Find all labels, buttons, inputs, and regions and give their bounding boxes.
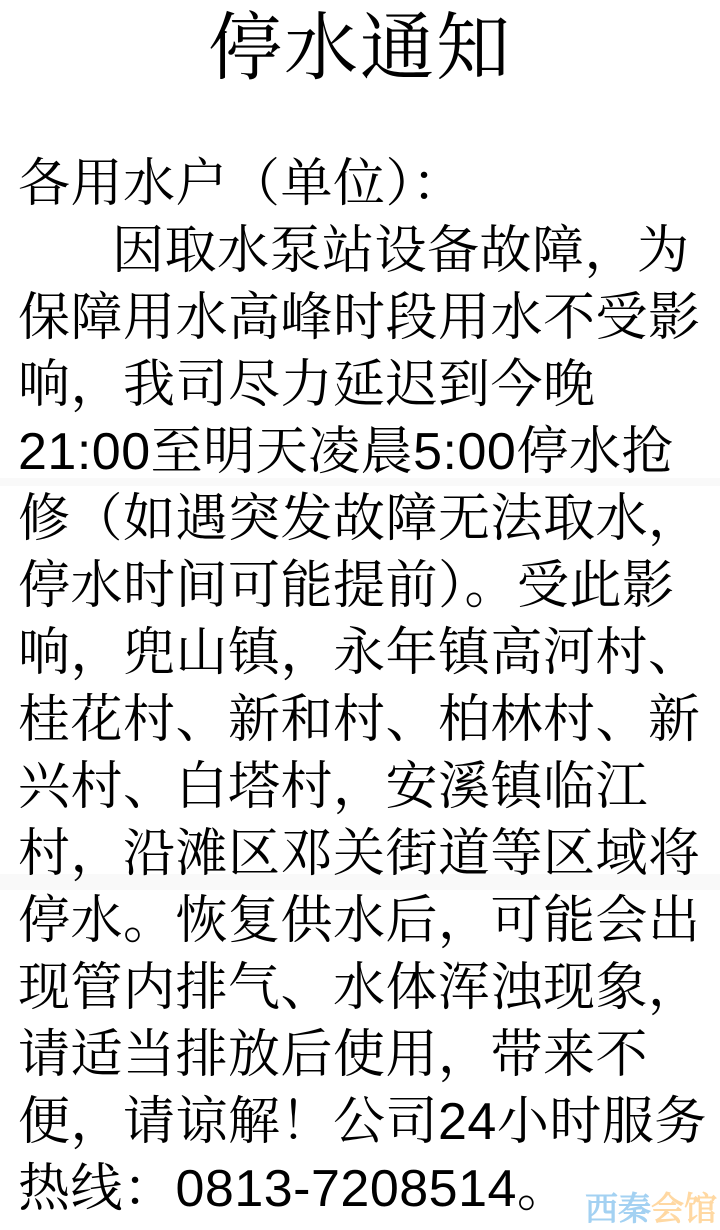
notice-title: 停水通知 [0, 0, 720, 96]
notice-line: 修（如遇突发故障无法取水， [18, 486, 702, 553]
notice-line: 现管内排气、水体浑浊现象， [18, 955, 702, 1022]
notice-line: 响，我司尽力延迟到今晚 [18, 352, 702, 419]
notice-line: 桂花村、新和村、柏林村、新 [18, 687, 702, 754]
notice-line: 停水时间可能提前）。受此影 [18, 553, 702, 620]
notice-line: 兴村、白塔村，安溪镇临江 [18, 754, 702, 821]
notice-line: 保障用水高峰时段用水不受影 [18, 285, 702, 352]
watermark: 西秦会馆 [585, 1191, 717, 1227]
notice-body: 各用水户（单位）： 因取水泵站设备故障，为 保障用水高峰时段用水不受影 响，我司… [18, 151, 702, 1223]
notice-line: 停水。恢复供水后，可能会出 [18, 888, 702, 955]
notice-line: 21:00至明天凌晨5:00停水抢 [18, 419, 702, 486]
notice-line: 村，沿滩区邓关街道等区域将 [18, 821, 702, 888]
notice-line: 便，请谅解！公司24小时服务 [18, 1089, 702, 1156]
watermark-text-secondary: 会馆 [651, 1190, 717, 1227]
notice-line: 因取水泵站设备故障，为 [18, 218, 702, 285]
notice-page: 停水通知 各用水户（单位）： 因取水泵站设备故障，为 保障用水高峰时段用水不受影… [0, 0, 720, 1230]
notice-line: 响，兜山镇，永年镇高河村、 [18, 620, 702, 687]
notice-line: 请适当排放后使用，带来不 [18, 1022, 702, 1089]
watermark-text-primary: 西秦 [585, 1190, 651, 1227]
notice-line-salutation: 各用水户（单位）： [18, 151, 702, 218]
